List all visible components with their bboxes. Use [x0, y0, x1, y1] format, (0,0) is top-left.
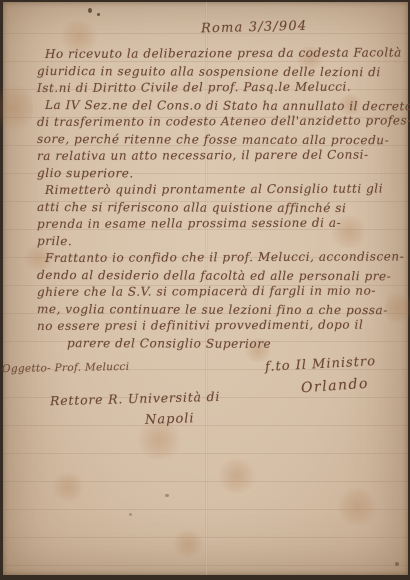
scanned-letter-screenshot: { "letter": { "date_line": "Roma 3/3/904… [0, 0, 410, 580]
stain [171, 530, 205, 558]
letter-page: Roma 3/3/904 Ho ricevuto la deliberazion… [3, 2, 408, 575]
ink-speck [395, 562, 399, 566]
signature-name: Orlando [301, 376, 370, 397]
handwritten-line: Rimetterò quindi prontamente al Consigli… [37, 180, 403, 199]
handwritten-line: parere del Consiglio Superiore [37, 335, 403, 353]
handwritten-line: Ist.ni di Diritto Civile del prof. Pasq.… [37, 78, 403, 97]
ink-speck [88, 8, 92, 13]
handwritten-line: ghiere che la S.V. si compiacerà di farg… [37, 282, 403, 301]
signature-prefix: f.to Il Ministro [265, 354, 377, 375]
handwritten-line: di trasferimento in codesto Ateneo dell'… [37, 112, 403, 131]
stain [217, 458, 257, 494]
stain [335, 488, 379, 526]
handwritten-line: Ho ricevuto la deliberazione presa da co… [37, 44, 403, 63]
handwritten-line: ra relativa un atto necessario, il parer… [37, 146, 403, 165]
addressee-city: Napoli [145, 411, 195, 428]
handwritten-line: Frattanto io confido che il prof. Melucc… [37, 248, 403, 267]
ink-speck [97, 13, 100, 16]
addressee-line: Rettore R. Università di [50, 389, 221, 408]
ink-speck [165, 494, 169, 497]
date-line: Roma 3/3/904 [201, 19, 308, 37]
handwritten-line: no essere presi i definitivi provvedimen… [37, 316, 403, 335]
margin-note-subject: Oggetto- Prof. Melucci [2, 361, 130, 375]
handwritten-line: prenda in esame nella prossima sessione … [37, 214, 403, 233]
ink-speck [129, 513, 132, 516]
letter-body: Ho ricevuto la deliberazione presa da co… [37, 46, 403, 352]
stain [51, 472, 85, 502]
stain [0, 80, 33, 136]
